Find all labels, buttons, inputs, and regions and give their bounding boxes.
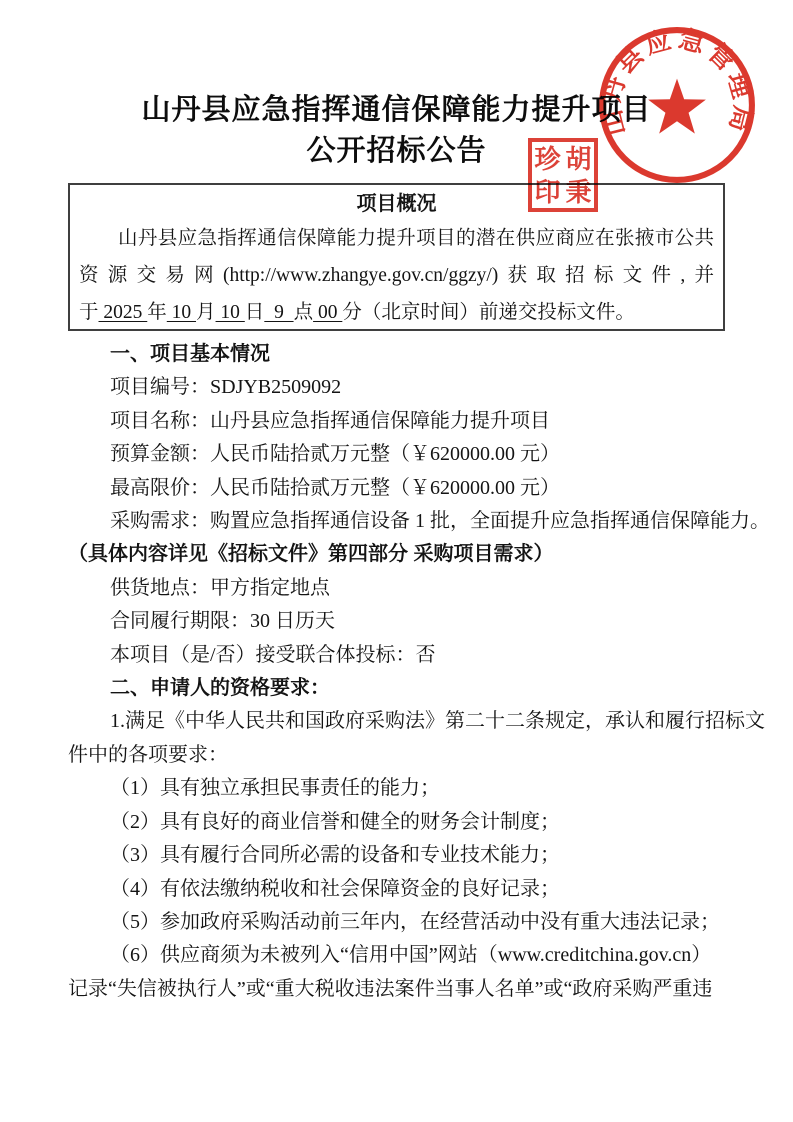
delivery-place-line: 供货地点：甲方指定地点 [68,572,728,605]
consortium-bid-line: 本项目（是/否）接受联合体投标：否 [68,639,728,672]
budget-amount-line: 预算金额：人民币陆拾贰万元整（￥620000.00 元） [68,438,728,471]
document-page: 山丹县应急指挥通信保障能力提升项目 公开招标公告 山丹县应急管理局 珍 胡 印 … [0,0,793,1122]
document-body: 一、项目基本情况 项目编号：SDJYB2509092 项目名称：山丹县应急指挥通… [68,338,728,1006]
detail-note-line: （具体内容详见《招标文件》第四部分 采购项目需求） [68,538,728,571]
personal-square-stamp: 珍 胡 印 秉 [528,138,598,212]
seal-char: 秉 [565,179,591,205]
project-overview-box: 项目概况 山丹县应急指挥通信保障能力提升项目的潜在供应商应在张掖市公共资源交易网… [68,183,725,331]
max-price-line: 最高限价：人民币陆拾贰万元整（￥620000.00 元） [68,472,728,505]
requirement-item-5: （5）参加政府采购活动前三年内，在经营活动中没有重大违法记录； [68,906,728,939]
procurement-demand-line: 采购需求：购置应急指挥通信设备 1 批，全面提升应急指挥通信保障能力。 [68,505,728,538]
requirement-intro-line1: 1.满足《中华人民共和国政府采购法》第二十二条规定，承认和履行招标文 [68,705,728,738]
star-icon [648,79,706,134]
requirement-item-2: （2）具有良好的商业信誉和健全的财务会计制度； [68,806,728,839]
requirement-item-6: （6）供应商须为未被列入“信用中国”网站（www.creditchina.gov… [68,939,728,972]
requirement-item-1: （1）具有独立承担民事责任的能力； [68,772,728,805]
project-number-line: 项目编号：SDJYB2509092 [68,371,728,404]
requirement-intro-line2: 件中的各项要求： [68,739,728,772]
contract-period-line: 合同履行期限：30 日历天 [68,605,728,638]
project-name-line: 项目名称：山丹县应急指挥通信保障能力提升项目 [68,405,728,438]
section1-heading: 一、项目基本情况 [68,338,728,371]
overview-paragraph: 山丹县应急指挥通信保障能力提升项目的潜在供应商应在张掖市公共资源交易网(http… [79,220,714,331]
overview-heading: 项目概况 [79,190,714,218]
requirement-item-6-continuation: 记录“失信被执行人”或“重大税收违法案件当事人名单”或“政府采购严重违 [68,973,728,1006]
requirement-item-3: （3）具有履行合同所必需的设备和专业技术能力； [68,839,728,872]
seal-char: 印 [534,179,560,205]
seal-char: 胡 [565,146,591,172]
requirement-item-4: （4）有依法缴纳税收和社会保障资金的良好记录； [68,873,728,906]
section2-heading: 二、申请人的资格要求： [68,672,728,705]
seal-char: 珍 [534,146,560,172]
official-round-stamp: 山丹县应急管理局 [596,24,758,186]
